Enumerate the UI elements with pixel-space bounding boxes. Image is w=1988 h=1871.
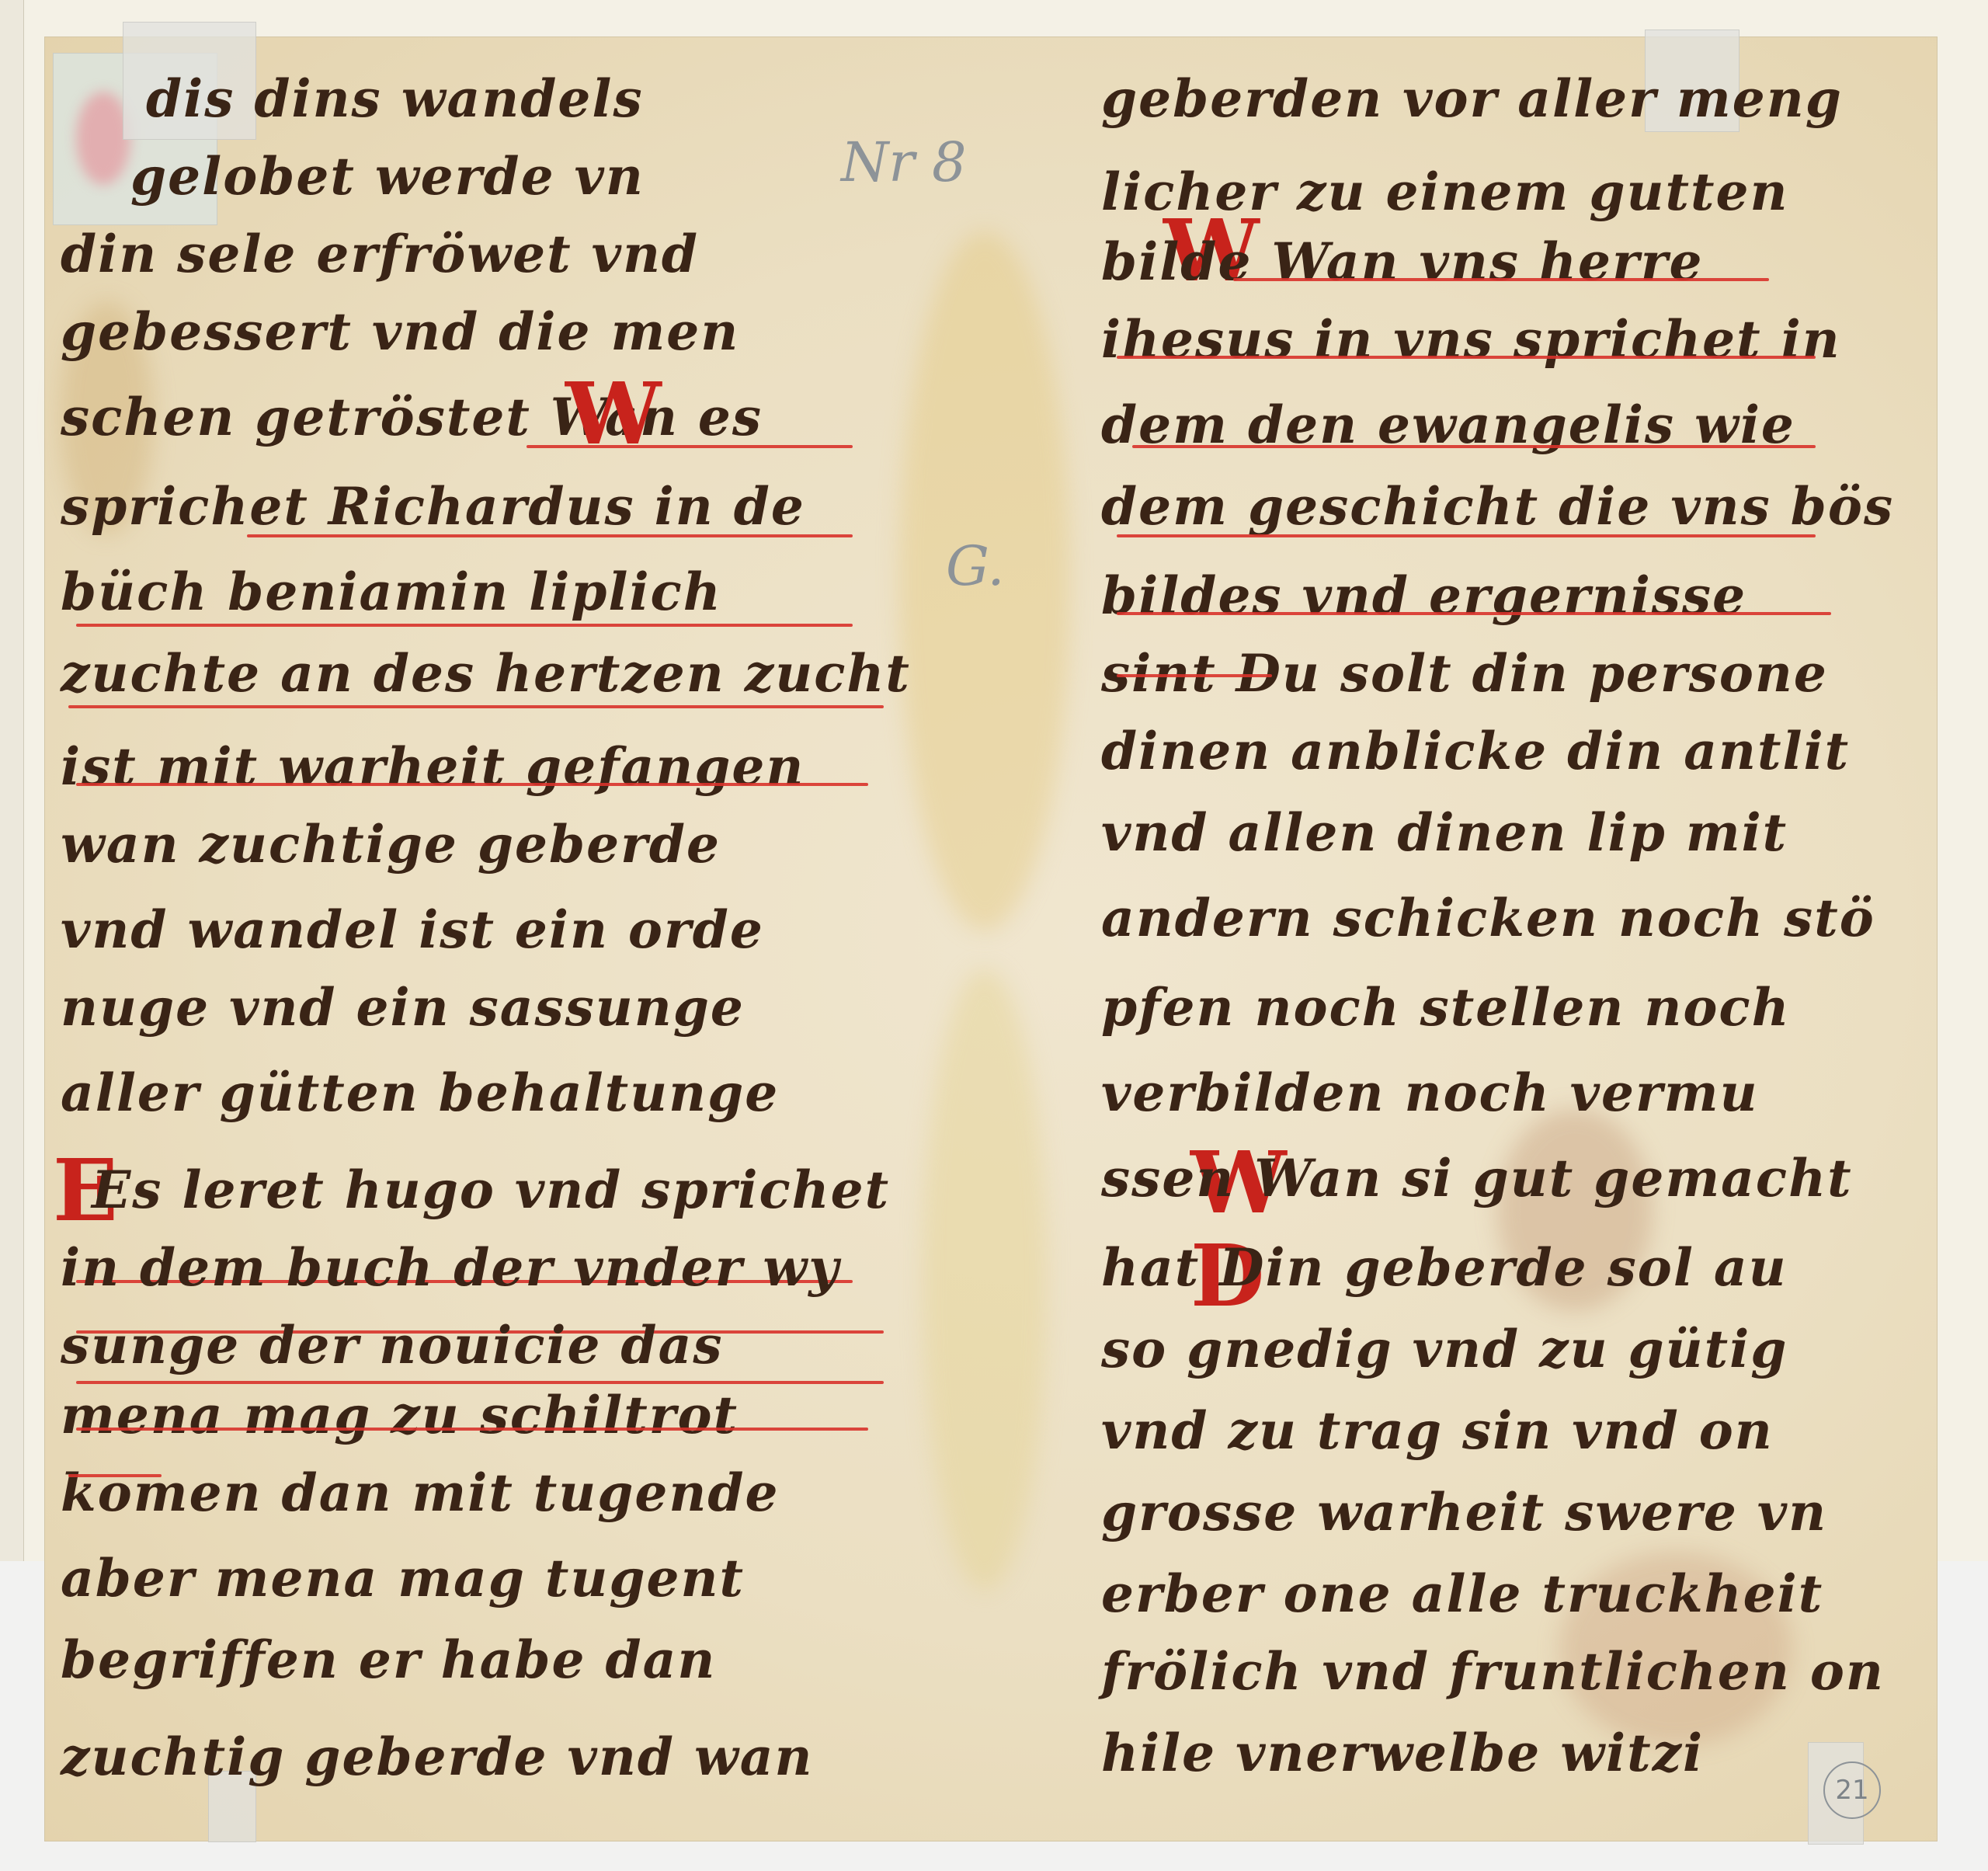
text-line: dis dins wandels	[146, 68, 644, 129]
rubric-line	[76, 1381, 884, 1384]
text-line: gelobet werde vn	[130, 146, 645, 207]
text-line: ssen Wan si gut gemacht	[1101, 1148, 1853, 1208]
text-line: in dem buch der vnder wy	[61, 1237, 840, 1298]
text-line: zuchtig geberde vnd wan	[61, 1727, 814, 1787]
text-line: vnd allen dinen lip mit	[1101, 802, 1788, 863]
folio-number-text: 21	[1835, 1775, 1868, 1806]
text-line: gebessert vnd die men	[61, 301, 739, 362]
rubric-line	[1117, 674, 1272, 677]
text-line: geberden vor aller meng	[1101, 68, 1843, 129]
text-line: aber mena mag tugent	[61, 1548, 745, 1608]
pencil-shelf-mark: Nr 8	[841, 130, 967, 194]
text-line: andern schicken noch stö	[1101, 888, 1875, 948]
text-line: pfen noch stellen noch	[1101, 977, 1791, 1038]
text-line: vnd wandel ist ein orde	[61, 899, 764, 960]
text-line: bildes vnd ergernisse	[1101, 565, 1746, 626]
text-line: hat Din geberde sol au	[1101, 1237, 1788, 1298]
text-line: wan zuchtige geberde	[61, 814, 721, 875]
rubric-line	[1233, 278, 1769, 281]
text-line: din sele erfröwet vnd	[61, 224, 699, 284]
red-initial: W	[565, 363, 662, 464]
folio-number: 21	[1823, 1761, 1881, 1819]
pencil-letter-g: G.	[946, 534, 1005, 598]
manuscript-leaf: Nr 8 G. 21 dis dins wandels gelobet werd…	[45, 37, 1937, 1841]
rubric-line	[247, 534, 853, 537]
text-line: sint Du solt din persone	[1101, 643, 1828, 704]
text-line: grosse warheit swere vn	[1101, 1482, 1827, 1542]
text-line: erber one alle truckheit	[1101, 1563, 1823, 1624]
text-line: sunge der nouicie das	[61, 1315, 724, 1375]
text-line: vnd zu trag sin vnd on	[1101, 1400, 1774, 1461]
text-line: ihesus in vns sprichet in	[1101, 309, 1841, 370]
rubric-line	[76, 624, 853, 627]
text-line: Es leret hugo vnd sprichet	[92, 1160, 890, 1220]
text-line: komen dan mit tugende	[61, 1462, 780, 1523]
rubric-line	[76, 783, 868, 786]
rubric-line	[1117, 612, 1831, 615]
rubric-line	[1117, 356, 1816, 359]
text-line: sprichet Richardus in de	[61, 476, 805, 537]
rubric-line	[1117, 534, 1816, 537]
rubric-line	[68, 1474, 162, 1477]
text-line: ist mit warheit gefangen	[61, 736, 805, 797]
text-line: büch beniamin liplich	[61, 562, 722, 622]
rubric-line	[68, 705, 884, 708]
text-line: dinen anblicke din antlit	[1101, 721, 1850, 781]
text-line: aller gütten behaltunge	[61, 1062, 779, 1123]
text-line: bilde Wan vns herre	[1101, 231, 1704, 292]
text-line: nuge vnd ein sassunge	[61, 977, 745, 1038]
text-line: dem geschicht die vns bös	[1101, 476, 1894, 537]
text-line: frölich vnd fruntlichen on	[1101, 1641, 1885, 1702]
text-line: hile vnerwelbe witzi	[1101, 1723, 1704, 1783]
text-line: verbilden noch vermu	[1101, 1062, 1759, 1123]
rubric-line	[76, 1428, 868, 1431]
stain	[923, 969, 1047, 1591]
text-line: begriffen er habe dan	[61, 1629, 716, 1690]
text-line: so gnedig vnd zu gütig	[1101, 1319, 1788, 1379]
text-line: mena mag zu schiltrot	[61, 1385, 739, 1445]
text-line: zuchte an des hertzen zucht	[61, 643, 911, 704]
rubric-line	[1132, 445, 1816, 448]
